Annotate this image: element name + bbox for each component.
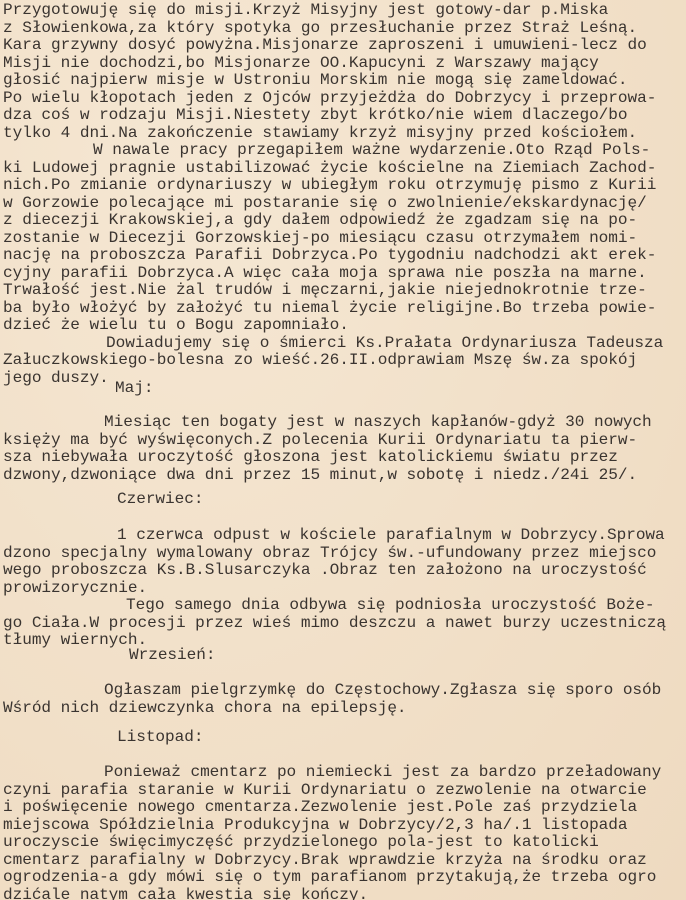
text-line: uroczyscie święcimyczęść przydzielonego … [3,834,599,852]
section-heading: Czerwiec: [117,491,203,509]
text-line: jego duszy. [3,370,109,388]
text-line: Trwałość jest.Nie żal trudów i męczarni,… [3,282,647,300]
text-line: z diecezji Krakowskiej,a gdy dałem odpow… [3,212,637,230]
text-line: Miesiąc ten bogaty jest w naszych kapłan… [104,414,652,432]
text-line: ogrodzenia-a gdy mówi się o tym parafian… [3,869,656,887]
text-line: nację na proboszcza Parafii Dobrzyca.Po … [3,247,656,265]
text-line: miejscowa Spółdzielnia Produkcyjna w Dob… [3,817,628,835]
text-line: z Słowienkowa,za który spotyka go przesł… [3,20,637,38]
text-line: tłumy wiernych. [3,632,147,650]
text-line: głosić najpierw misje w Ustroniu Morskim… [3,72,628,90]
text-line: sza niebywała uroczytość głoszona jest k… [3,449,618,467]
section-heading: Wrzesień: [129,647,215,665]
text-line: nich.Po zmianie ordynariuszy w ubiegłym … [3,177,656,195]
typewritten-page: Przygotowuję się do misji.Krzyż Misyjny … [0,0,686,900]
text-line: Przygotowuję się do misji.Krzyż Misyjny … [3,2,608,20]
text-line: dzieć że wielu tu o Bogu zapomniało. [3,317,349,335]
text-line: ba było włożyć by założyć tu niemal życi… [3,300,656,318]
text-line: księży ma być wyświęconych.Z polecenia K… [3,432,637,450]
text-line: W nawale pracy przegapiłem ważne wydarze… [93,142,650,160]
text-line: Dowiadujemy się o śmierci Ks.Prałata Ord… [106,335,663,353]
text-line: tylko 4 dni.Na zakończenie stawiamy krzy… [3,125,637,143]
text-line: Załuczkowskiego-bolesna zo wieść.26.II.o… [3,352,637,370]
text-line: Ogłaszam pielgrzymkę do Częstochowy.Zgła… [104,682,661,700]
text-line: wego proboszcza Ks.B.Slusarczyka .Obraz … [3,562,647,580]
section-heading: Listopad: [117,729,203,747]
text-line: cmentarz parafialny w Dobrzycy.Brak wpra… [3,852,647,870]
text-line: Po wielu kłopotach jeden z Ojców przyjeż… [3,90,656,108]
text-line: prowizorycznie. [3,580,147,598]
text-line: i poświęcenie nowego cmentarza.Zezwoleni… [3,799,637,817]
text-line: Misji nie dochodzi,bo Misjonarze OO.Kapu… [3,55,599,73]
text-line: Kara grzywny dosyć powyżna.Misjonarze za… [3,37,647,55]
text-line: ki Ludowej pragnie ustabilizować życie k… [3,160,656,178]
text-line: 1 czerwca odpust w kościele parafialnym … [117,527,665,545]
section-heading: Maj: [115,380,153,398]
text-line: zostanie w Diecezji Gorzowskiej-po miesi… [3,230,637,248]
text-line: go Ciała.W procesji przez wieś mimo desz… [3,615,666,633]
text-line: Ponieważ cmentarz po niemiecki jest za b… [104,764,661,782]
text-line: dza coś w rodzaju Misji.Niestety zbyt kr… [3,107,628,125]
text-line: Wśród nich dziewczynka chora na epilepsj… [3,700,407,718]
text-line: w Gorzowie polecające mi postaranie się … [3,195,647,213]
text-line: dzono specjalny wymalowany obraz Trójcy … [3,545,656,563]
text-line: cyjny parafii Dobrzyca.A więc cała moja … [3,265,647,283]
text-line: Tego samego dnia odbywa się podniosła ur… [126,597,654,615]
text-line: dzwony,dzwoniące dwa dni przez 15 minut,… [3,467,637,485]
text-line: dzićale natym cała kwestia się kończy. [3,887,368,900]
text-line: czyni parafia staranie w Kurii Ordynaria… [3,782,647,800]
